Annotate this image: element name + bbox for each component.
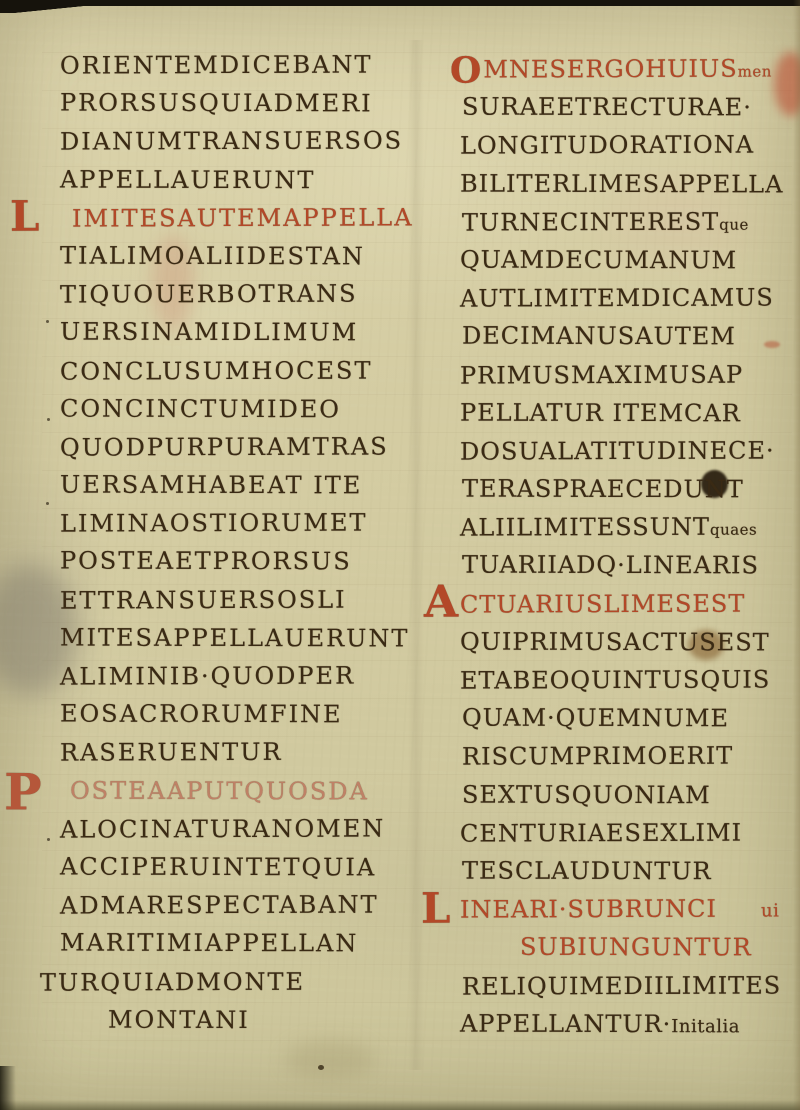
- manuscript-line: LIMINAOSTIORUMET: [60, 504, 412, 543]
- line-text: MNESERGOHUIUS: [483, 55, 737, 84]
- manuscript-line: APPELLANTUR·Initalia: [450, 1004, 798, 1043]
- manuscript-line: UERSINAMIDLIMUM: [60, 313, 412, 352]
- manuscript-line: APPELLAUERUNT: [60, 160, 412, 199]
- manuscript-line: MONTANI: [60, 1000, 412, 1039]
- line-text: TERASPRAECEDUNT: [462, 475, 744, 504]
- line-text: QUODPURPURAMTRAS: [60, 432, 389, 461]
- line-text: UERSINAMIDLIMUM: [60, 318, 358, 347]
- dirt-speck: [318, 1065, 324, 1070]
- manuscript-line: QUAMDECUMANUM: [450, 240, 798, 279]
- line-text: RELIQUIMEDIILIMITES: [462, 971, 781, 1000]
- manuscript-line-rubric: OMNESERGOHUIUSmen: [450, 49, 798, 88]
- manuscript-line: QUAM·QUEMNUME: [450, 699, 798, 738]
- line-text: EOSACRORUMFINE: [60, 700, 343, 729]
- photo-top-left-edge: [0, 0, 130, 13]
- manuscript-line: MARITIMIAPPELLAN: [60, 924, 412, 963]
- manuscript-line: ALOCINATURANOMEN: [60, 809, 412, 848]
- pricking-dot: [47, 418, 50, 421]
- line-text: ALIMINIB·QUODPER: [60, 662, 355, 691]
- line-text: MITESAPPELLAUERUNT: [60, 623, 410, 652]
- manuscript-line: QUIPRIMUSACTUSEST: [450, 622, 798, 661]
- line-text: ALOCINATURANOMEN: [60, 814, 385, 843]
- line-text: ETTRANSUERSOSLI: [60, 585, 347, 614]
- line-text: RASERUENTUR: [60, 738, 283, 767]
- left-column: ORIENTEMDICEBANT PRORSUSQUIADMERI DIANUM…: [60, 46, 412, 1039]
- line-text: ADMARESPECTABANT: [60, 891, 379, 920]
- manuscript-line: UERSAMHABEAT ITE: [60, 466, 412, 505]
- line-text: ACCIPERUINTETQUIA: [60, 852, 376, 881]
- line-text: RISCUMPRIMOERIT: [462, 742, 733, 771]
- rubric-initial-P: P: [4, 768, 44, 816]
- manuscript-line-rubric: ACTUARIUSLIMESEST: [450, 584, 798, 623]
- manuscript-line: TURNECINTERESTque: [450, 202, 798, 241]
- right-column: OMNESERGOHUIUSmen SURAEETRECTURAE· LONGI…: [450, 50, 798, 1043]
- manuscript-line: SEXTUSQUONIAM: [450, 775, 798, 814]
- line-text: CTUARIUSLIMESEST: [460, 589, 745, 618]
- line-text: PELLATUR ITEMCAR: [460, 398, 741, 427]
- line-tail: que: [719, 215, 749, 233]
- manuscript-line-rubric: SUBIUNGUNTUR: [450, 928, 798, 967]
- photo-right-edge: [793, 0, 800, 1110]
- manuscript-line: ETTRANSUERSOSLI: [60, 580, 412, 619]
- line-text: TESCLAUDUNTUR: [462, 857, 712, 886]
- manuscript-line: RELIQUIMEDIILIMITES: [450, 966, 798, 1005]
- manuscript-line: RISCUMPRIMOERIT: [450, 737, 798, 776]
- manuscript-line: POSTEAETPRORSUS: [60, 542, 412, 581]
- line-text: SURAEETRECTURAE·: [462, 93, 752, 122]
- manuscript-line: PRIMUSMAXIMUSAP: [450, 355, 798, 394]
- line-text: MONTANI: [108, 1005, 250, 1033]
- line-text: ORIENTEMDICEBANT: [60, 51, 373, 80]
- rubric-initial-O: O: [450, 49, 484, 91]
- manuscript-line: PELLATUR ITEMCAR: [450, 393, 798, 432]
- line-tail: ui: [717, 901, 779, 922]
- line-text: INEARI·SUBRUNCI: [460, 895, 717, 924]
- line-text: ETABEOQUINTUSQUIS: [460, 665, 770, 694]
- parchment-page: ORIENTEMDICEBANT PRORSUSQUIADMERI DIANUM…: [0, 0, 800, 1110]
- line-text: ALIILIMITESSUNT: [460, 513, 710, 542]
- manuscript-line: DOSUALATITUDINECE·: [450, 431, 798, 470]
- line-text: MARITIMIAPPELLAN: [60, 929, 358, 958]
- manuscript-line: TESCLAUDUNTUR: [450, 851, 798, 890]
- manuscript-line: CONCINCTUMIDEO: [60, 389, 412, 428]
- manuscript-line: ETABEOQUINTUSQUIS: [450, 660, 798, 699]
- rubric-initial-L: L: [421, 887, 452, 931]
- line-text: APPELLANTUR·: [460, 1009, 671, 1038]
- line-text: LIMINAOSTIORUMET: [60, 509, 368, 538]
- line-text: DIANUMTRANSUERSOS: [60, 127, 403, 156]
- line-text: POSTEAETPRORSUS: [60, 547, 352, 576]
- line-text: CONCINCTUMIDEO: [60, 394, 341, 423]
- manuscript-line: TIQUOUERBOTRANS: [60, 275, 412, 314]
- line-text: BILITERLIMESAPPELLA: [460, 169, 784, 198]
- line-text: QUAMDECUMANUM: [460, 246, 737, 275]
- manuscript-line: DECIMANUSAUTEM: [450, 317, 798, 356]
- pricking-dot: [47, 838, 50, 841]
- line-text: TIQUOUERBOTRANS: [60, 280, 358, 309]
- manuscript-line: ALIMINIB·QUODPER: [60, 656, 412, 695]
- manuscript-line: DIANUMTRANSUERSOS: [60, 122, 412, 161]
- manuscript-line: BILITERLIMESAPPELLA: [450, 164, 798, 203]
- manuscript-line: PRORSUSQUIADMERI: [60, 84, 412, 123]
- line-text: IMITESAUTEMAPPELLA: [72, 203, 414, 232]
- line-text: PRIMUSMAXIMUSAP: [460, 360, 743, 389]
- olive-stain: [285, 1040, 375, 1080]
- pricking-dot: [46, 502, 49, 505]
- line-text: SUBIUNGUNTUR: [520, 933, 752, 962]
- line-text: PRORSUSQUIADMERI: [60, 89, 373, 118]
- manuscript-line: TUARIIADQ·LINEARIS: [450, 546, 798, 585]
- rubric-initial-L: L: [10, 194, 42, 238]
- manuscript-line: TIALIMOALIIDESTAN: [60, 236, 412, 275]
- line-text: APPELLAUERUNT: [60, 165, 315, 194]
- line-text: TUARIIADQ·LINEARIS: [462, 551, 759, 580]
- manuscript-line: QUODPURPURAMTRAS: [60, 427, 412, 466]
- manuscript-line-rubric: POSTEAAPUTQUOSDA: [60, 771, 412, 810]
- manuscript-line: ORIENTEMDICEBANT: [60, 45, 412, 84]
- line-text: UERSAMHABEAT ITE: [60, 471, 362, 500]
- line-text: DOSUALATITUDINECE·: [460, 436, 775, 465]
- line-text: AUTLIMITEMDICAMUS: [460, 284, 774, 313]
- line-text: TURQUIADMONTE: [40, 967, 305, 996]
- manuscript-line: ADMARESPECTABANT: [60, 886, 412, 925]
- pricking-dot: [46, 320, 49, 323]
- line-tail: men: [738, 62, 772, 80]
- manuscript-line-rubric: LIMITESAUTEMAPPELLA: [60, 198, 412, 237]
- line-tail: quaes: [710, 521, 757, 539]
- manuscript-line-rubric: LINEARI·SUBRUNCIui: [450, 890, 798, 929]
- manuscript-line: ACCIPERUINTETQUIA: [60, 847, 412, 886]
- manuscript-line: CONCLUSUMHOCEST: [60, 351, 412, 390]
- manuscript-line: AUTLIMITEMDICAMUS: [450, 279, 798, 318]
- photo-bottom-edge: [0, 1100, 800, 1110]
- line-text: SEXTUSQUONIAM: [462, 780, 711, 809]
- manuscript-line: CENTURIAESEXLIMI: [450, 813, 798, 852]
- manuscript-line: TERASPRAECEDUNT: [450, 470, 798, 509]
- manuscript-line: EOSACRORUMFINE: [60, 695, 412, 734]
- line-text: QUIPRIMUSACTUSEST: [460, 627, 770, 656]
- line-text: TURNECINTEREST: [462, 207, 719, 236]
- manuscript-line: SURAEETRECTURAE·: [450, 88, 798, 127]
- manuscript-line: LONGITUDORATIONA: [450, 126, 798, 165]
- manuscript-line: TURQUIADMONTE: [40, 962, 412, 1001]
- line-text: CENTURIAESEXLIMI: [460, 818, 742, 847]
- line-text: CONCLUSUMHOCEST: [60, 356, 373, 385]
- line-text: DECIMANUSAUTEM: [462, 322, 736, 351]
- line-text: OSTEAAPUTQUOSDA: [70, 776, 369, 805]
- manuscript-line: ALIILIMITESSUNTquaes: [450, 508, 798, 547]
- line-text: LONGITUDORATIONA: [460, 131, 754, 160]
- line-tail: Initalia: [671, 1016, 740, 1037]
- line-text: TIALIMOALIIDESTAN: [60, 241, 365, 270]
- photo-bottom-left-corner: [0, 1066, 16, 1110]
- manuscript-line: MITESAPPELLAUERUNT: [60, 618, 412, 657]
- rubric-initial-A: A: [424, 579, 459, 625]
- manuscript-line: RASERUENTUR: [60, 733, 412, 772]
- line-text: QUAM·QUEMNUME: [462, 704, 729, 733]
